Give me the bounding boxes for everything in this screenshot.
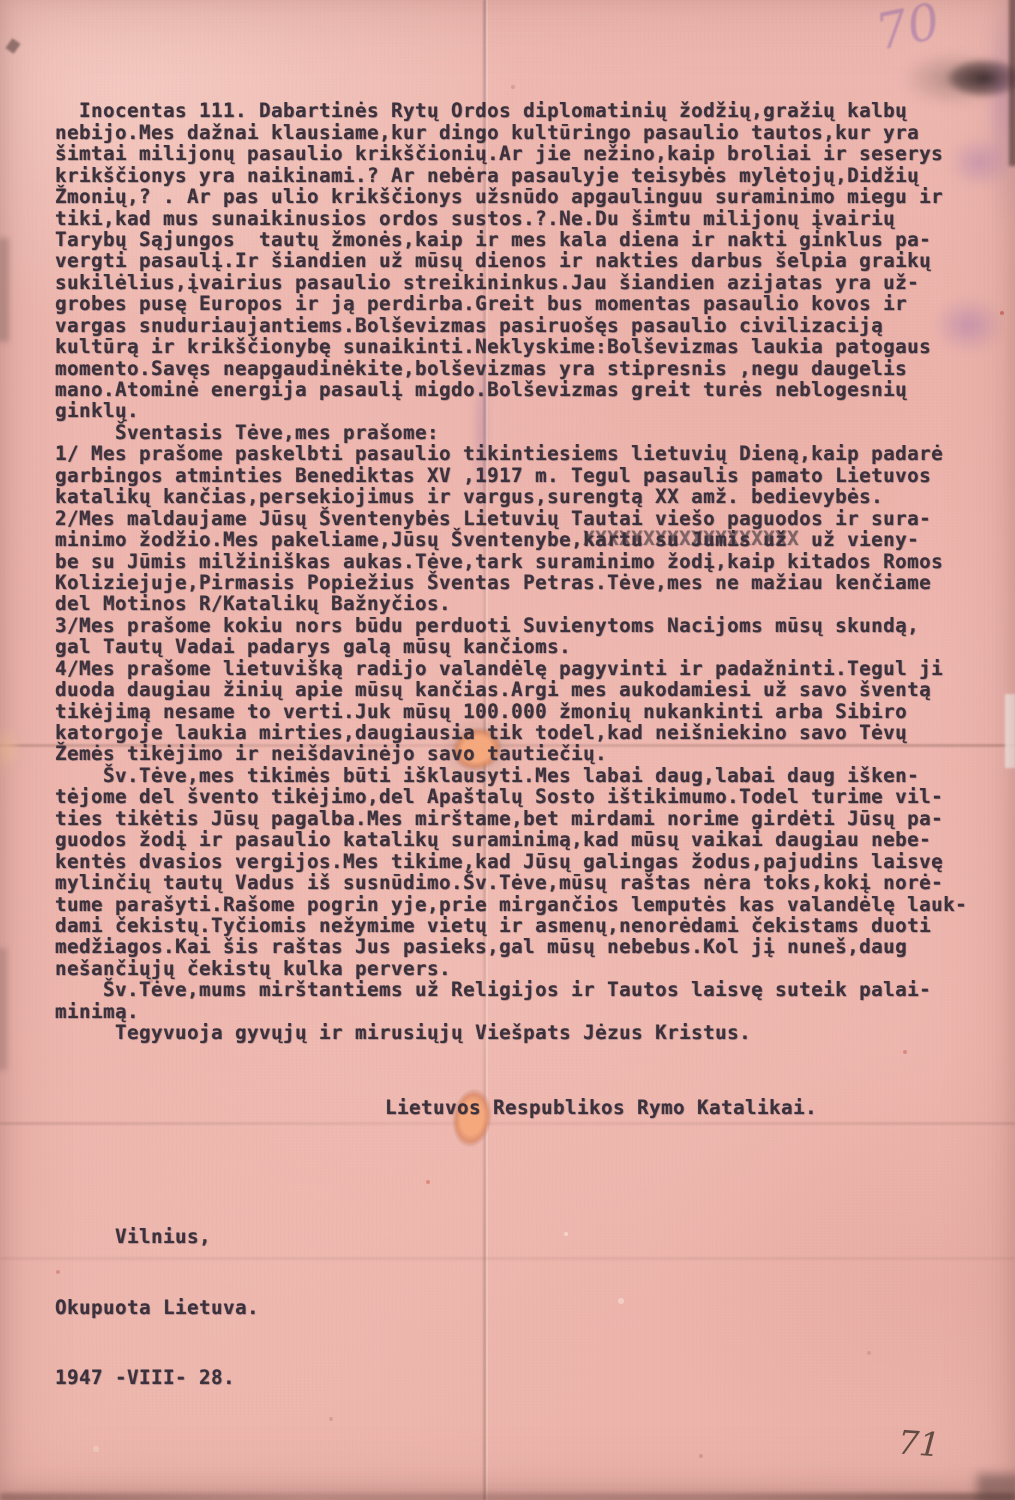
text-line: Šventasis Tėve,mes prašome: [55, 422, 1005, 443]
text-line: tikėjimą nesame to verti.Juk mūsų 100.00… [55, 701, 1005, 722]
text-line: momento.Savęs neapgaudinėkite,bolševizma… [55, 358, 1005, 379]
text-line: sukilėlius,įvairius pasaulio streikinink… [55, 272, 1005, 293]
paragraph-plea: Šv.Tėve,mes tikimės būti išklausyti.Mes … [55, 765, 1005, 979]
dateline-block: Vilnius, Okupuota Lietuva. 1947 -VIII- 2… [55, 1176, 1005, 1437]
text-line: tiki,kad mus sunaikinusios ordos sustos.… [55, 208, 1005, 229]
text-line: ginklų. [55, 400, 1005, 421]
text-line: minimo žodžio.Mes pakeliame,Jūsų Šventen… [55, 529, 1005, 550]
paragraph-petition-header: Šventasis Tėve,mes prašome: [55, 422, 1005, 443]
paper-worn-left-edge [0, 726, 22, 772]
paragraph-blessing: Šv.Tėve,mums mirštantiems už Religijos i… [55, 979, 1005, 1022]
paragraph-request-4: 4/Mes prašome lietuvišką radijo valandėl… [55, 658, 1005, 765]
dateline-city: Vilnius, [55, 1225, 1005, 1246]
text-line: Inocentas 111. Dabartinės Rytų Ordos dip… [55, 100, 1005, 121]
signature-line: Lietuvos Respublikos Rymo Katalikai. [55, 1097, 1005, 1118]
text-line: Šv.Tėve,mes tikimės būti išklausyti.Mes … [55, 765, 1005, 786]
text-line: 1/ Mes prašome paskelbti pasaulio tikint… [55, 443, 1005, 464]
overstruck-text: kartu su Jumis už XXXXXXXXXXXXXXXXXX [583, 529, 799, 550]
paragraph-request-1: 1/ Mes prašome paskelbti pasaulio tikint… [55, 443, 1005, 507]
text-line: kultūrą ir krikščionybę sunaikinti.Nekly… [55, 336, 1005, 357]
text-line: guodos žodį ir pasaulio katalikų suramin… [55, 829, 1005, 850]
text-line: šimtai milijonų pasaulio krikščionių.Ar … [55, 143, 1005, 164]
text-line: Tarybų Sąjungos tautų žmonės,kaip ir mes… [55, 229, 1005, 250]
right-edge-torn-sliver [1005, 694, 1015, 768]
scanned-letter-page: 70 71 Inocentas 111. Dabartinės Rytų Ord… [0, 0, 1015, 1500]
dateline-country: Okupuota Lietuva. [55, 1296, 1005, 1317]
text-line: 2/Mes maldaujame Jūsų Šventenybės Lietuv… [55, 508, 1005, 529]
paragraph-acclamation: Tegyvuoja gyvųjų ir mirusiųjų Viešpats J… [55, 1022, 1005, 1043]
text-line: garbingos atminties Benediktas XV ,1917 … [55, 465, 1005, 486]
paper-speckles [0, 0, 2, 2]
text-line: krikščionys yra naikinami.? Ar nebėra pa… [55, 165, 1005, 186]
text-line: mylinčių tautų Vadus iš susnūdimo.Šv.Tėv… [55, 872, 1005, 893]
left-edge-smudge-upper [0, 238, 9, 342]
text-line: tume parašyti.Rašome pogrin yje,prie mir… [55, 894, 1005, 915]
text-line: grobes pusę Europos ir ją perdirba.Greit… [55, 293, 1005, 314]
text-line: 4/Mes prašome lietuvišką radijo valandėl… [55, 658, 1005, 679]
left-edge-smudge-lower [0, 948, 7, 1070]
text-line: medžiagos.Kai šis raštas Jus pasieks,gal… [55, 936, 1005, 957]
paragraph-request-3: 3/Mes prašome kokiu nors būdu perduoti S… [55, 615, 1005, 658]
text-line: duoda daugiau žinių apie mūsų kančias.Ar… [55, 679, 1005, 700]
text-line: gal Tautų Vadai padarys galą mūsų kančio… [55, 636, 1005, 657]
right-edge-dark-line [1009, 0, 1015, 166]
top-left-nick-mark [5, 38, 20, 54]
text-line: Koliziejuje,Pirmasis Popiežius Šventas P… [55, 572, 1005, 593]
text-line: vergti pasaulį.Ir šiandien už mūsų dieno… [55, 250, 1005, 271]
bottom-edge-shadow [0, 1493, 1015, 1500]
text-line: Žemės tikėjimo ir neišdavinėjo savo taut… [55, 743, 1005, 764]
text-line: Tegyvuoja gyvųjų ir mirusiųjų Viešpats J… [55, 1022, 1005, 1043]
text-line: mano.Atominė energija pasaulį migdo.Bolš… [55, 379, 1005, 400]
text-line: nebijo.Mes dažnai klausiame,kur dingo ku… [55, 122, 1005, 143]
paragraph-request-2: 2/Mes maldaujame Jūsų Šventenybės Lietuv… [55, 508, 1005, 615]
text-line: kentės dvasios vergijos.Mes tikime,kad J… [55, 851, 1005, 872]
text-line: katorgoje laukia mirties,daugiausia tik … [55, 722, 1005, 743]
text-line: vargas snuduriaujantiems.Bolševizmas pas… [55, 315, 1005, 336]
text-line: dami čekistų.Tyčiomis nežymime vietų ir … [55, 915, 1005, 936]
text-line: del Motinos R/Katalikų Bažnyčios. [55, 593, 1005, 614]
text-line: 3/Mes prašome kokiu nors būdu perduoti S… [55, 615, 1005, 636]
dateline-date: 1947 -VIII- 28. [55, 1366, 1005, 1387]
text-line: tėjome del švento tikėjimo,del Apaštalų … [55, 786, 1005, 807]
paragraph-intro: Inocentas 111. Dabartinės Rytų Ordos dip… [55, 100, 1005, 422]
text-line: ties tikėtis Jūsų pagalba.Mes mirštame,b… [55, 808, 1005, 829]
text-line: katalikų kančias,persekiojimus ir vargus… [55, 486, 1005, 507]
text-line: minimą. [55, 1001, 1005, 1022]
text-line: be su Jūmis milžiniškas aukas.Tėve,tark … [55, 551, 1005, 572]
text-line: Žmonių,? . Ar pas ulio krikščionys užsnū… [55, 186, 1005, 207]
text-line: nešančiųjų čekistų kulka pervers. [55, 958, 1005, 979]
typewritten-text: Inocentas 111. Dabartinės Rytų Ordos dip… [55, 36, 1005, 1480]
text-line: Šv.Tėve,mums mirštantiems už Religijos i… [55, 979, 1005, 1000]
